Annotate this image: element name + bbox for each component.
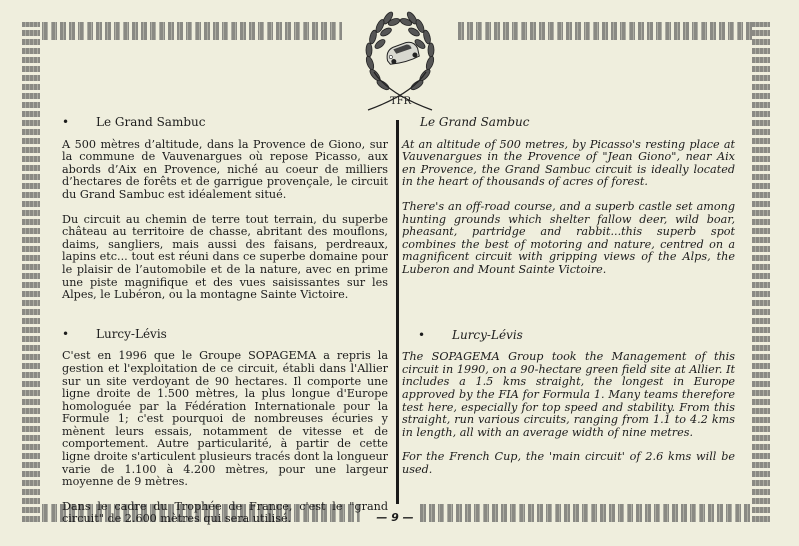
section-heading: Le Grand Sambuc <box>420 116 735 129</box>
checkered-border-left <box>22 22 40 522</box>
column-divider <box>396 120 399 504</box>
checkered-border-top-right <box>458 22 770 40</box>
paragraph: There's an off-road course, and a superb… <box>402 201 735 277</box>
laurel-wreath-car-icon: TFR <box>340 2 460 114</box>
paragraph: At an altitude of 500 metres, by Picasso… <box>402 139 735 189</box>
section-heading: • Lurcy-Lévis <box>418 329 735 342</box>
paragraph: C'est en 1996 que le Groupe SOPAGEMA a r… <box>62 350 388 489</box>
paragraph: For the French Cup, the 'main circuit' o… <box>402 451 735 476</box>
paragraph: A 500 mètres d’altitude, dans la Provenc… <box>62 139 388 202</box>
english-column: Le Grand Sambuc At an altitude of 500 me… <box>402 116 735 488</box>
section-title: Le Grand Sambuc <box>420 116 529 129</box>
checkered-border-bottom-right <box>420 504 770 522</box>
emblem-initials: TFR <box>390 96 411 107</box>
section-heading: • Le Grand Sambuc <box>62 116 388 129</box>
bullet-icon: • <box>62 116 96 129</box>
french-column: • Le Grand Sambuc A 500 mètres d’altitud… <box>62 116 388 538</box>
section-title: Lurcy-Lévis <box>96 328 167 341</box>
paragraph: Dans le cadre du Trophée de France, c'es… <box>62 501 388 526</box>
checkered-border-top-left <box>24 22 342 40</box>
bullet-icon: • <box>62 328 96 341</box>
bullet-icon: • <box>418 329 452 342</box>
paragraph: Du circuit au chemin de terre tout terra… <box>62 214 388 302</box>
checkered-border-right <box>752 22 770 522</box>
section-title: Lurcy-Lévis <box>452 329 523 342</box>
section-title: Le Grand Sambuc <box>96 116 205 129</box>
section-heading: • Lurcy-Lévis <box>62 328 388 341</box>
page-number: — 9 — <box>365 511 425 524</box>
paragraph: The SOPAGEMA Group took the Management o… <box>402 351 735 439</box>
